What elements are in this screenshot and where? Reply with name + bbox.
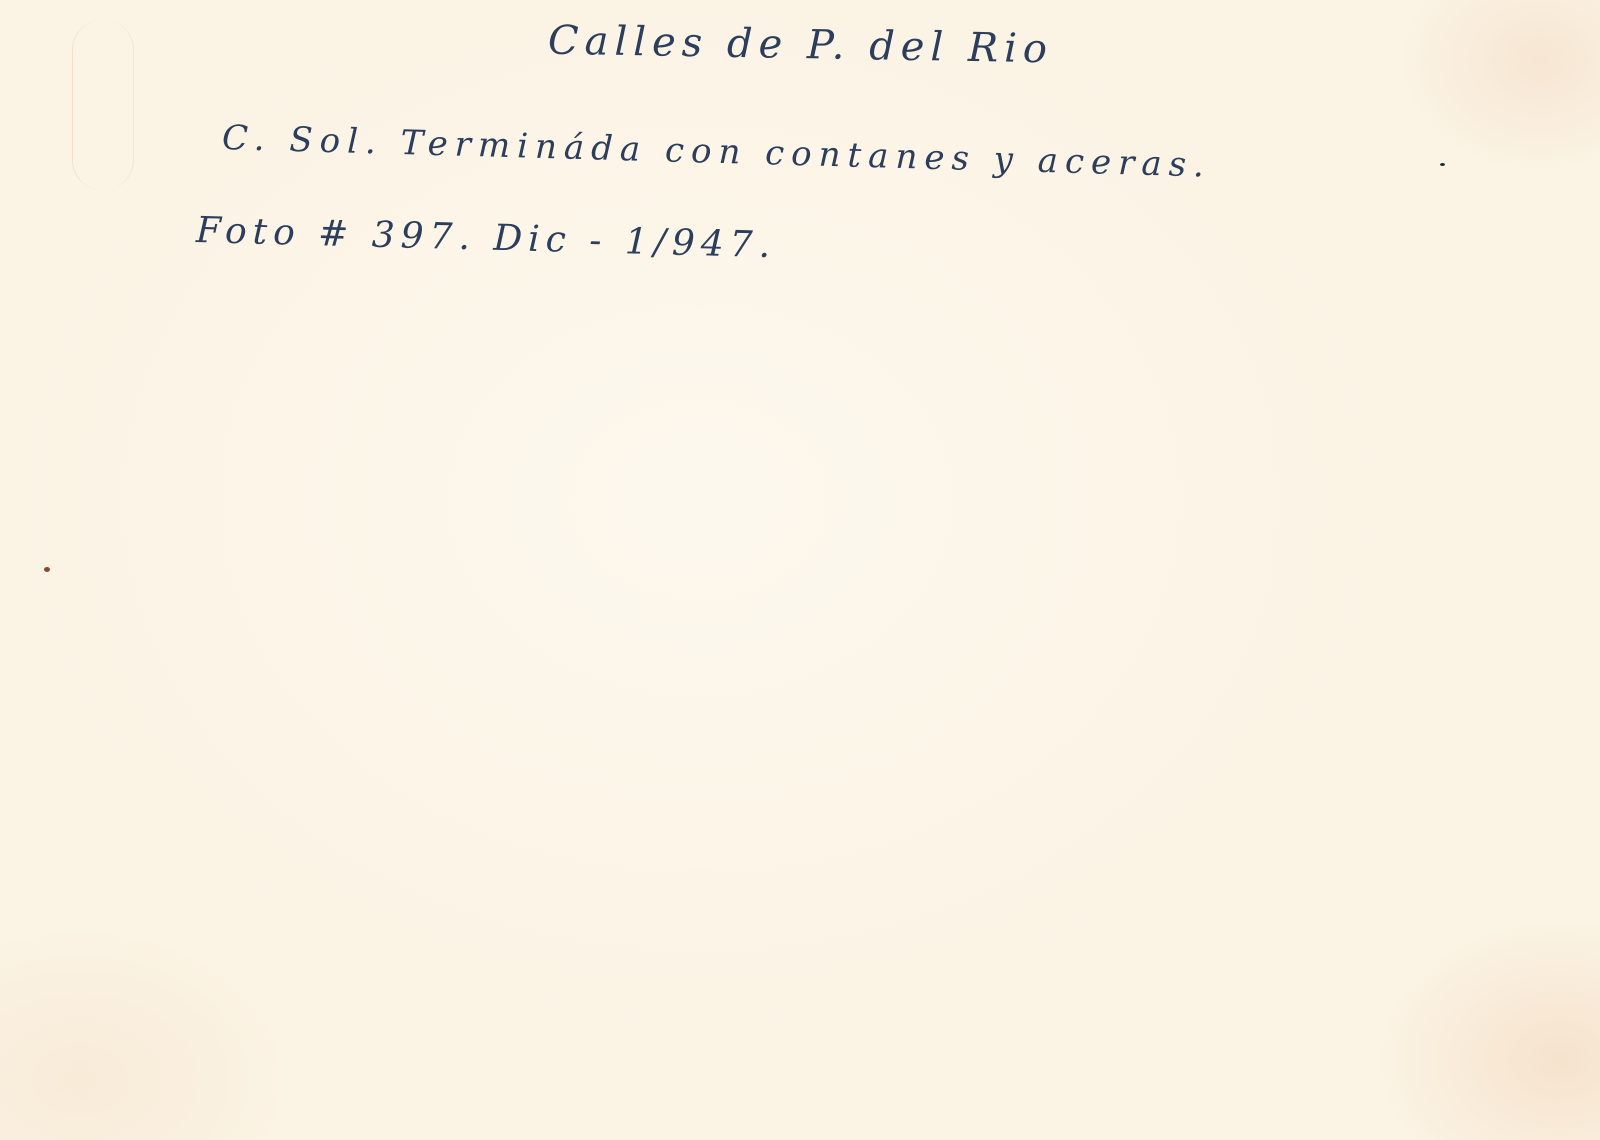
ink-mark [1440,163,1445,166]
photo-card-back: Calles de P. del Rio C. Sol. Termináda c… [0,0,1600,1140]
handwritten-title: Calles de P. del Rio [548,18,1054,73]
paper-crease [72,20,134,190]
stain-spot [44,567,50,572]
handwritten-description: C. Sol. Termináda con contanes y aceras. [221,118,1211,186]
handwritten-photo-number-date: Foto # 397. Dic - 1/947. [195,210,776,266]
